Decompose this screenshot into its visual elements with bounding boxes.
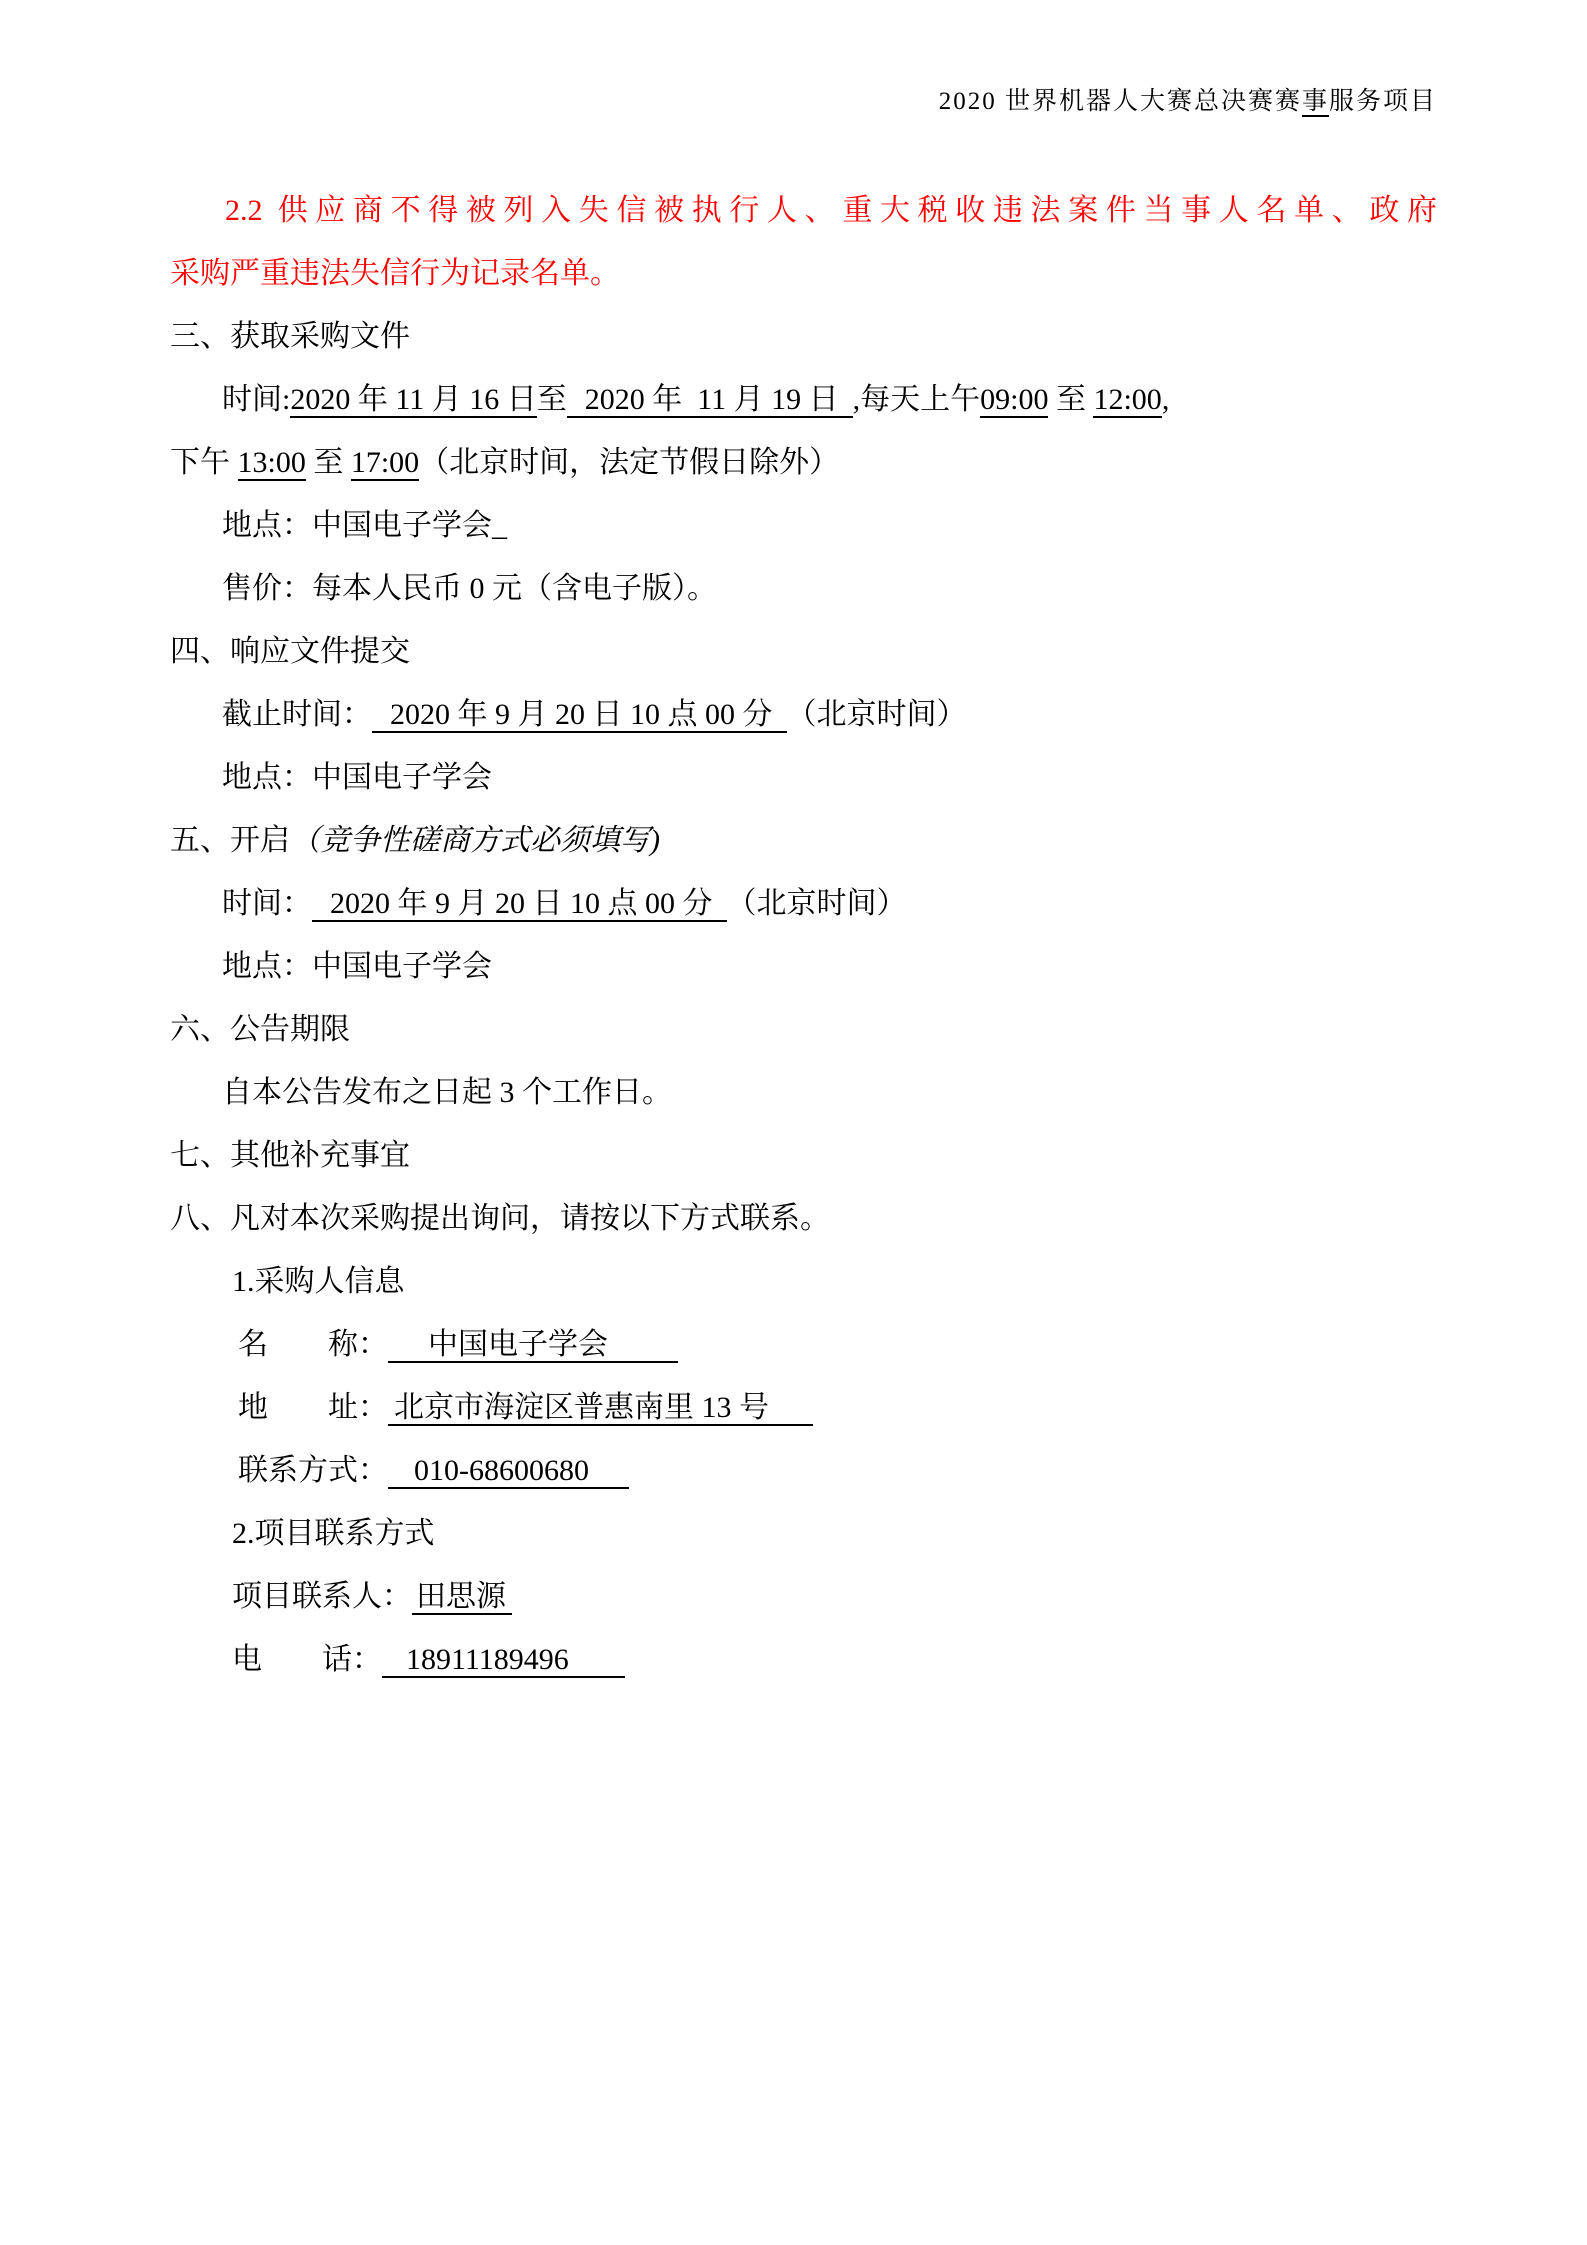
pm-note: （北京时间，法定节假日除外） [419,446,839,479]
am-separator: 至 [1048,383,1093,416]
section5-place-line: 地点：中国电子学会 [170,935,1437,998]
section4-title: 四、响应文件提交 [170,620,1437,683]
section3-title: 三、获取采购文件 [170,305,1437,368]
section6-body: 自本公告发布之日起 3 个工作日。 [170,1061,1437,1124]
section4-place-line: 地点：中国电子学会 [170,746,1437,809]
buyer-address-label: 地 址： [238,1391,388,1424]
header-title-underlined-char: 事 [1302,88,1329,117]
section3-time-line: 时间:2020 年 11 月 16 日至2020 年 11 月 19 日,每天上… [170,368,1437,431]
buyer-contact-line: 联系方式：010-68600680 [170,1439,1437,1502]
pm-to-field: 17:00 [351,446,419,481]
buyer-address-field: 北京市海淀区普惠南里 13 号 [388,1391,813,1426]
project-phone-line: 电 话：18911189496 [170,1628,1437,1691]
deadline-label: 截止时间： [222,698,372,731]
buyer-contact-field: 010-68600680 [388,1454,629,1489]
header-title-part3: 服务项目 [1329,88,1437,115]
document-page: 2020 世界机器人大赛总决赛赛事服务项目 2.2 供应商不得被列入失信被执行人… [0,0,1587,2245]
pm-from-field: 13:00 [238,446,306,481]
time-continuation: ,每天上午 [853,383,981,416]
am-tail-comma: , [1162,383,1170,416]
header-title-part1: 2020 世界机器人大赛总决赛赛 [939,88,1302,115]
section5-time-line: 时间：2020 年 9 月 20 日 10 点 00 分（北京时间） [170,872,1437,935]
section3-place-line: 地点：中国电子学会_ [170,494,1437,557]
am-from-field: 09:00 [980,383,1048,418]
buyer-contact-label: 联系方式： [238,1454,388,1487]
section3-afternoon-line: 下午 13:00 至 17:00（北京时间，法定节假日除外） [170,431,1437,494]
am-to-field: 12:00 [1093,383,1161,418]
time-to-field: 2020 年 11 月 19 日 [567,383,853,418]
page-header: 2020 世界机器人大赛总决赛赛事服务项目 [170,70,1437,133]
notice-line-2: 采购严重违法失信行为记录名单。 [170,242,1437,305]
buyer-name-field: 中国电子学会 [388,1328,678,1363]
phone-field: 18911189496 [382,1643,625,1678]
section4-deadline-line: 截止时间：2020 年 9 月 20 日 10 点 00 分（北京时间） [170,683,1437,746]
deadline-value-field: 2020 年 9 月 20 日 10 点 00 分 [372,698,787,733]
time-label: 时间: [222,383,290,416]
section5-title-note: （竞争性磋商方式必须填写) [290,824,660,857]
phone-label: 电 话： [232,1643,382,1676]
deadline-note: （北京时间） [787,698,967,731]
buyer-name-label: 名 称： [238,1328,388,1361]
open-time-label: 时间： [222,887,312,920]
supplier-restriction-notice: 2.2 供应商不得被列入失信被执行人、重大税收违法案件当事人名单、政府 采购严重… [170,179,1437,305]
section8-title: 八、凡对本次采购提出询问，请按以下方式联系。 [170,1187,1437,1250]
section5-title-line: 五、开启（竞争性磋商方式必须填写) [170,809,1437,872]
contact-person-label: 项目联系人： [232,1580,412,1613]
buyer-name-line: 名 称：中国电子学会 [170,1313,1437,1376]
section7-title: 七、其他补充事宜 [170,1124,1437,1187]
section5-title: 五、开启 [170,824,290,857]
open-time-value-field: 2020 年 9 月 20 日 10 点 00 分 [312,887,727,922]
contact-person-field: 田思源 [412,1580,512,1615]
time-from-field: 2020 年 11 月 16 日 [290,383,536,418]
pm-separator: 至 [306,446,351,479]
project-contact-person-line: 项目联系人：田思源 [170,1565,1437,1628]
section3-price-line: 售价：每本人民币 0 元（含电子版）。 [170,557,1437,620]
project-contact-subtitle: 2.项目联系方式 [170,1502,1437,1565]
time-separator: 至 [537,383,567,416]
section6-title: 六、公告期限 [170,998,1437,1061]
notice-line-1: 2.2 供应商不得被列入失信被执行人、重大税收违法案件当事人名单、政府 [170,179,1437,242]
open-time-note: （北京时间） [727,887,907,920]
buyer-address-line: 地 址：北京市海淀区普惠南里 13 号 [170,1376,1437,1439]
pm-label: 下午 [170,446,238,479]
buyer-info-subtitle: 1.采购人信息 [170,1250,1437,1313]
document-body: 2.2 供应商不得被列入失信被执行人、重大税收违法案件当事人名单、政府 采购严重… [170,179,1437,1691]
